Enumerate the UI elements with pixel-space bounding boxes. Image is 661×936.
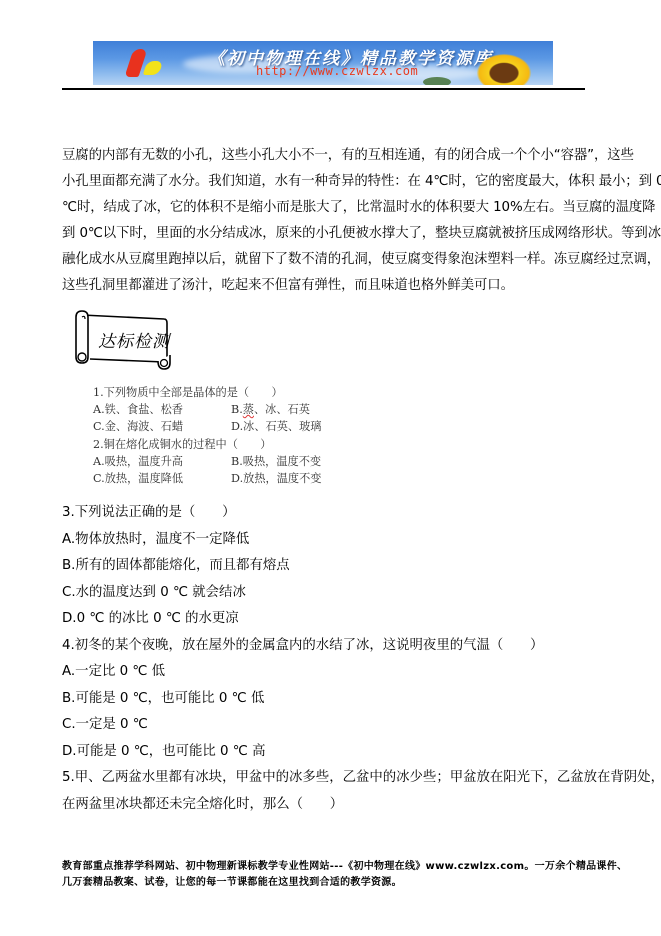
question-stem: 4.初冬的某个夜晚，放在屋外的金属盒内的水结了冰，这说明夜里的气温（ ） [62, 633, 622, 660]
option-row: C.金、海波、石蜡 D.冰、石英、玻璃 [93, 418, 343, 435]
option: B.所有的固体都能熔化，而且都有熔点 [62, 553, 622, 580]
option: A.物体放热时，温度不一定降低 [62, 527, 622, 554]
option: B.吸热，温度不变 [231, 453, 321, 470]
intro-paragraph: 豆腐的内部有无数的小孔，这些小孔大小不一，有的互相连通，有的闭合成一个个小“容器… [62, 143, 602, 299]
footer-line: 几万套精品教案、试卷，让您的每一节课都能在这里找到合适的教学资源。 [62, 875, 622, 891]
option: A.吸热，温度升高 [93, 453, 231, 470]
option: D.0 ℃ 的冰比 0 ℃ 的水更凉 [62, 606, 622, 633]
question-stem: 3.下列说法正确的是（ ） [62, 500, 622, 527]
questions-text: 3.下列说法正确的是（ ） A.物体放热时，温度不一定降低 B.所有的固体都能熔… [62, 500, 622, 818]
option: A.一定比 0 ℃ 低 [62, 659, 622, 686]
question-stem: 1.下列物质中全部是晶体的是（ ） [93, 384, 343, 401]
image-questions: 1.下列物质中全部是晶体的是（ ） A.铁、食盐、松香 B.蒸、冰、石英 C.金… [93, 384, 343, 487]
option: C.水的温度达到 0 ℃ 就会结冰 [62, 580, 622, 607]
header-banner: 《初中物理在线》精品教学资源库 http://www.czwlzx.com [93, 41, 553, 85]
option: B.可能是 0 ℃，也可能比 0 ℃ 低 [62, 686, 622, 713]
misspelled-word: 蒸 [243, 403, 254, 416]
paragraph-line: 融化成水从豆腐里跑掉以后，就留下了数不清的孔洞，使豆腐变得象泡沫塑料一样。冻豆腐… [62, 247, 602, 273]
paragraph-line: ℃时，结成了冰，它的体积不是缩小而是胀大了，比常温时水的体积要大 10%左右。当… [62, 195, 602, 221]
section-label: 达标检测 [98, 327, 170, 352]
option-row: A.吸热，温度升高 B.吸热，温度不变 [93, 453, 343, 470]
question-stem: 在两盆里冰块都还未完全熔化时，那么（ ） [62, 792, 622, 819]
option: C.一定是 0 ℃ [62, 712, 622, 739]
option: D.可能是 0 ℃，也可能比 0 ℃ 高 [62, 739, 622, 766]
option: C.金、海波、石蜡 [93, 418, 231, 435]
paragraph-line: 豆腐的内部有无数的小孔，这些小孔大小不一，有的互相连通，有的闭合成一个个小“容器… [62, 143, 602, 169]
banner-url: http://www.czwlzx.com [256, 64, 418, 78]
option-row: A.铁、食盐、松香 B.蒸、冰、石英 [93, 401, 343, 418]
question-stem: 5.甲、乙两盆水里都有冰块，甲盆中的冰多些，乙盆中的冰少些；甲盆放在阳光下，乙盆… [62, 765, 622, 792]
leaves-decoration [423, 77, 451, 85]
page-footer: 教育部重点推荐学科网站、初中物理新课标教学专业性网站---《初中物理在线》www… [62, 859, 622, 891]
header-rule [62, 88, 585, 90]
logo-yellow-icon [143, 61, 164, 75]
question-stem: 2.铜在熔化成铜水的过程中（ ） [93, 436, 343, 453]
footer-line: 教育部重点推荐学科网站、初中物理新课标教学专业性网站---《初中物理在线》www… [62, 859, 622, 875]
option: D.冰、石英、玻璃 [231, 418, 321, 435]
paragraph-line: 到 0℃以下时，里面的水分结成冰，原来的小孔便被水撑大了，整块豆腐就被挤压成网络… [62, 221, 602, 247]
paragraph-line: 这些孔洞里都灌进了汤汁，吃起来不但富有弹性，而且味道也格外鲜美可口。 [62, 273, 602, 299]
option: D.放热，温度不变 [231, 470, 321, 487]
section-scroll-banner: 达标检测 [72, 309, 178, 371]
option: A.铁、食盐、松香 [93, 401, 231, 418]
option: B.蒸、冰、石英 [231, 401, 310, 418]
paragraph-line: 小孔里面都充满了水分。我们知道，水有一种奇异的特性：在 4℃时，它的密度最大，体… [62, 169, 602, 195]
option-row: C.放热，温度降低 D.放热，温度不变 [93, 470, 343, 487]
sunflower-icon [477, 54, 531, 85]
option: C.放热，温度降低 [93, 470, 231, 487]
